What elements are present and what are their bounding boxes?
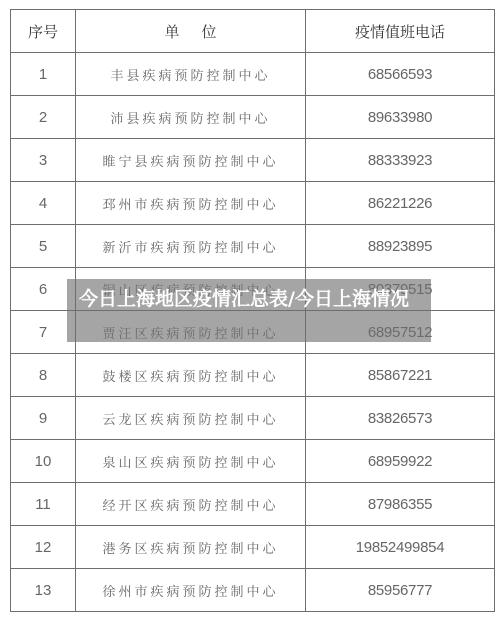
- row-phone: 87986355: [306, 483, 495, 526]
- row-unit: 经开区疾病预防控制中心: [76, 483, 306, 526]
- table-row: 10 泉山区疾病预防控制中心 68959922: [11, 440, 495, 483]
- row-phone: 68566593: [306, 53, 495, 96]
- table-row: 3 睢宁县疾病预防控制中心 88333923: [11, 139, 495, 182]
- row-phone: 85867221: [306, 354, 495, 397]
- row-phone: 85956777: [306, 569, 495, 612]
- header-unit: 单位: [76, 10, 306, 53]
- table-row: 9 云龙区疾病预防控制中心 83826573: [11, 397, 495, 440]
- row-unit: 睢宁县疾病预防控制中心: [76, 139, 306, 182]
- row-index: 10: [11, 440, 76, 483]
- row-unit: 徐州市疾病预防控制中心: [76, 569, 306, 612]
- table-row: 1 丰县疾病预防控制中心 68566593: [11, 53, 495, 96]
- row-index: 5: [11, 225, 76, 268]
- row-index: 4: [11, 182, 76, 225]
- table-row: 11 经开区疾病预防控制中心 87986355: [11, 483, 495, 526]
- row-index: 9: [11, 397, 76, 440]
- row-unit: 港务区疾病预防控制中心: [76, 526, 306, 569]
- row-unit: 邳州市疾病预防控制中心: [76, 182, 306, 225]
- row-unit: 云龙区疾病预防控制中心: [76, 397, 306, 440]
- overlay-title: 今日上海地区疫情汇总表/今日上海情况: [79, 288, 409, 310]
- header-phone: 疫情值班电话: [306, 10, 495, 53]
- row-phone: 88923895: [306, 225, 495, 268]
- row-index: 13: [11, 569, 76, 612]
- row-index: 2: [11, 96, 76, 139]
- table-row: 12 港务区疾病预防控制中心 19852499854: [11, 526, 495, 569]
- row-phone: 86221226: [306, 182, 495, 225]
- row-unit: 泉山区疾病预防控制中心: [76, 440, 306, 483]
- row-phone: 19852499854: [306, 526, 495, 569]
- table-row: 2 沛县疾病预防控制中心 89633980: [11, 96, 495, 139]
- row-index: 11: [11, 483, 76, 526]
- row-unit: 鼓楼区疾病预防控制中心: [76, 354, 306, 397]
- table-header-row: 序号 单位 疫情值班电话: [11, 10, 495, 53]
- row-phone: 83826573: [306, 397, 495, 440]
- row-index: 7: [11, 311, 76, 354]
- table-row: 13 徐州市疾病预防控制中心 85956777: [11, 569, 495, 612]
- row-index: 1: [11, 53, 76, 96]
- row-unit: 丰县疾病预防控制中心: [76, 53, 306, 96]
- row-phone: 89633980: [306, 96, 495, 139]
- row-index: 8: [11, 354, 76, 397]
- table-row: 5 新沂市疾病预防控制中心 88923895: [11, 225, 495, 268]
- row-index: 12: [11, 526, 76, 569]
- row-unit: 新沂市疾病预防控制中心: [76, 225, 306, 268]
- row-phone: 88333923: [306, 139, 495, 182]
- row-index: 3: [11, 139, 76, 182]
- row-index: 6: [11, 268, 76, 311]
- table-row: 8 鼓楼区疾病预防控制中心 85867221: [11, 354, 495, 397]
- table-row: 4 邳州市疾病预防控制中心 86221226: [11, 182, 495, 225]
- row-unit: 沛县疾病预防控制中心: [76, 96, 306, 139]
- header-index: 序号: [11, 10, 76, 53]
- row-phone: 68959922: [306, 440, 495, 483]
- title-overlay-banner: 今日上海地区疫情汇总表/今日上海情况: [67, 279, 431, 342]
